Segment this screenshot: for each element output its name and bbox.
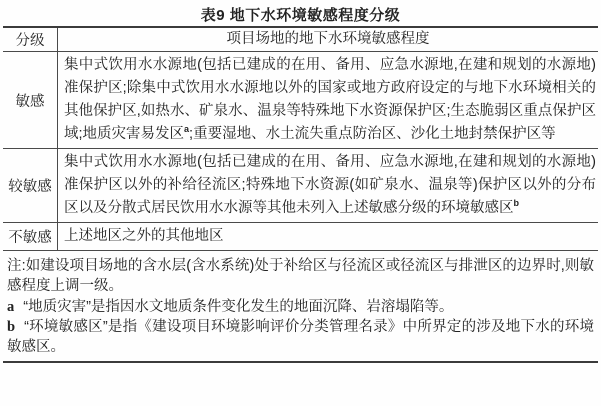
level-label-relatively-sensitive: 较敏感 [3,149,58,222]
header-level-column: 分级 [3,28,58,51]
desc-text: 上述地区之外的其他地区 [64,228,224,244]
footnote-ref-b: b [514,198,520,208]
footnote-b-marker: b [7,319,15,335]
desc-relatively-sensitive: 集中式饮用水水源地(包括已建成的在用、备用、应急水源地,在建和规划的水源地)准保… [58,149,598,222]
footnote-a: a“地质灾害”是指因水文地质条件变化发生的地面沉降、岩溶塌陷等。 [7,297,594,317]
table-row-not-sensitive: 不敏感 上述地区之外的其他地区 [3,223,598,251]
sensitivity-table: 分级 项目场地的地下水环境敏感程度 敏感 集中式饮用水水源地(包括已建成的在用、… [3,26,598,363]
general-note: 注:如建设项目场地的含水层(含水系统)处于补给区与径流区或径流区与排泄区的边界时… [7,256,594,297]
level-label-sensitive: 敏感 [3,52,58,148]
desc-not-sensitive: 上述地区之外的其他地区 [58,223,598,250]
level-label-not-sensitive: 不敏感 [3,223,58,250]
header-desc-column: 项目场地的地下水环境敏感程度 [58,28,598,51]
footnote-b: b“环境敏感区”是指《建设项目环境影响评价分类管理名录》中所界定的涉及地下水的环… [7,317,594,358]
table-row-relatively-sensitive: 较敏感 集中式饮用水水源地(包括已建成的在用、备用、应急水源地,在建和规划的水源… [3,149,598,223]
desc-text: ;重要湿地、水土流失重点防治区、沙化土地封禁保护区等 [189,126,556,142]
footnote-a-marker: a [7,299,14,315]
footnote-a-text: “地质灾害”是指因水文地质条件变化发生的地面沉降、岩溶塌陷等。 [23,299,453,315]
table-notes: 注:如建设项目场地的含水层(含水系统)处于补给区与径流区或径流区与排泄区的边界时… [3,251,598,361]
desc-sensitive: 集中式饮用水水源地(包括已建成的在用、备用、应急水源地,在建和规划的水源地)准保… [58,52,598,148]
table-title: 表9 地下水环境敏感程度分级 [0,0,601,26]
table-row-sensitive: 敏感 集中式饮用水水源地(包括已建成的在用、备用、应急水源地,在建和规划的水源地… [3,52,598,149]
table-header-row: 分级 项目场地的地下水环境敏感程度 [3,28,598,52]
footnote-b-text: “环境敏感区”是指《建设项目环境影响评价分类管理名录》中所界定的涉及地下水的环境… [7,319,594,355]
